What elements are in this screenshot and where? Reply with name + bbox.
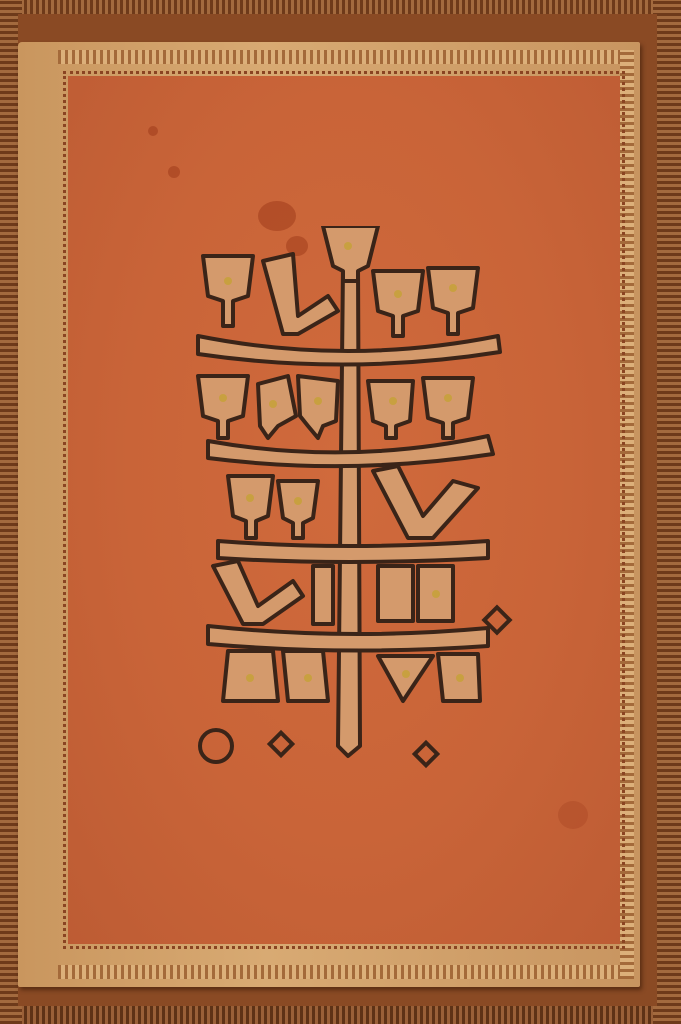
stain bbox=[148, 126, 158, 136]
ribbed-border-top bbox=[58, 50, 620, 64]
frame-bottom bbox=[0, 1004, 681, 1024]
tree-of-goblets-icon bbox=[188, 226, 518, 786]
embossed-tree-motif bbox=[188, 226, 518, 786]
book-cover bbox=[18, 42, 640, 987]
frame-right bbox=[653, 0, 681, 1024]
stain bbox=[558, 801, 588, 829]
ribbed-border-bottom bbox=[58, 965, 620, 979]
leather-panel bbox=[68, 76, 620, 944]
ribbed-border-right bbox=[620, 50, 634, 979]
stain bbox=[168, 166, 180, 178]
